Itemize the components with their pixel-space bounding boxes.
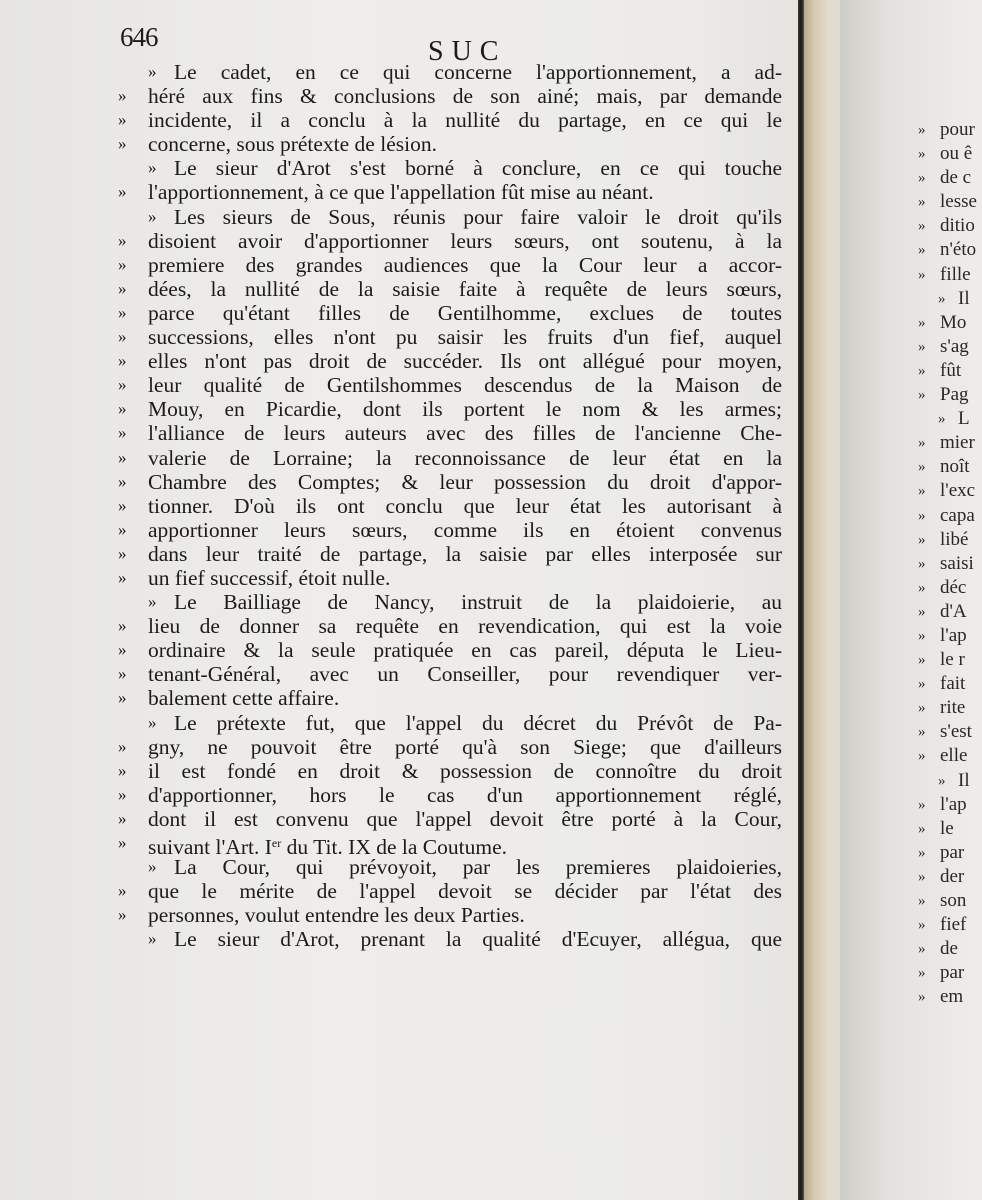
text-line: »l'ap <box>918 793 982 817</box>
quote-mark: » <box>918 913 926 937</box>
quote-mark: » <box>118 373 127 397</box>
text-line: »balement cette affaire. <box>118 686 782 710</box>
text-line: »elle <box>918 744 982 768</box>
line-text: incidente, il a conclu à la nullité du p… <box>148 108 782 132</box>
text-line: »l'apportionnement, à ce que l'appellati… <box>118 180 782 204</box>
line-text: ordinaire & la seule pratiquée en cas pa… <box>148 638 782 662</box>
facing-page-text: »pour»ou ê»de c»lesse»ditio»n'éto»fille»… <box>918 118 982 1009</box>
line-text: s'ag <box>940 336 969 357</box>
line-text: fait <box>940 673 965 694</box>
line-text: dont il est convenu que l'appel devoit ê… <box>148 807 782 831</box>
text-line: »lesse <box>918 190 982 214</box>
line-text: Il <box>958 770 970 791</box>
text-line: »incidente, il a conclu à la nullité du … <box>118 108 782 132</box>
line-text: lieu de donner sa requête en revendicati… <box>148 614 782 638</box>
text-line: »capa <box>918 504 982 528</box>
quote-mark: » <box>118 132 127 156</box>
line-text: n'éto <box>940 239 976 260</box>
line-text: Mouy, en Picardie, dont ils portent le n… <box>148 397 782 421</box>
line-text: elle <box>940 745 967 766</box>
quote-mark: » <box>118 253 127 277</box>
text-line: »le r <box>918 648 982 672</box>
text-line: »suivant l'Art. Ier du Tit. IX de la Cou… <box>118 831 782 855</box>
line-text: de <box>940 938 958 959</box>
line-text: le <box>940 818 954 839</box>
text-line: »Le sieur d'Arot, prenant la qualité d'E… <box>118 927 782 951</box>
line-text: ou ê <box>940 143 972 164</box>
text-line: »d'A <box>918 600 982 624</box>
quote-mark: » <box>918 961 926 985</box>
text-line: »n'éto <box>918 238 982 262</box>
text-line: »ditio <box>918 214 982 238</box>
quote-mark: » <box>118 446 127 470</box>
text-line: »der <box>918 865 982 889</box>
quote-mark: » <box>918 696 926 720</box>
text-line: »disoient avoir d'apportionner leurs sœu… <box>118 229 782 253</box>
line-text: premiere des grandes audiences que la Co… <box>148 253 782 277</box>
quote-mark: » <box>918 744 926 768</box>
text-line: »L <box>918 407 982 431</box>
text-line: »Chambre des Comptes; & leur possession … <box>118 470 782 494</box>
line-text: fût <box>940 360 961 381</box>
text-line: »saisi <box>918 552 982 576</box>
text-line: »ordinaire & la seule pratiquée en cas p… <box>118 638 782 662</box>
quote-mark: » <box>118 735 127 759</box>
line-text: em <box>940 986 963 1007</box>
quote-mark: » <box>918 600 926 624</box>
line-text: le r <box>940 649 965 670</box>
line-text: il est fondé en droit & possession de co… <box>148 759 782 783</box>
quote-mark: » <box>918 383 926 407</box>
text-line: »il est fondé en droit & possession de c… <box>118 759 782 783</box>
quote-mark: » <box>118 397 127 421</box>
line-text: déc <box>940 577 966 598</box>
line-text: dées, la nullité de la saisie faite à re… <box>148 277 782 301</box>
text-line: »tionner. D'où ils ont conclu que leur é… <box>118 494 782 518</box>
quote-mark: » <box>118 349 127 373</box>
text-line: »elles n'ont pas droit de succéder. Ils … <box>118 349 782 373</box>
line-text: saisi <box>940 553 974 574</box>
quote-mark: » <box>148 590 157 614</box>
text-line: »em <box>918 985 982 1009</box>
line-text: l'alliance de leurs auteurs avec des fil… <box>148 421 782 445</box>
text-line: »l'exc <box>918 479 982 503</box>
quote-mark: » <box>918 335 926 359</box>
text-line: »successions, elles n'ont pu saisir les … <box>118 325 782 349</box>
line-text: valerie de Lorraine; la reconnoissance d… <box>148 446 782 470</box>
text-line: »l'ap <box>918 624 982 648</box>
line-text: par <box>940 962 964 983</box>
line-text: Le prétexte fut, que l'appel du décret d… <box>174 711 782 735</box>
text-line: »héré aux fins & conclusions de son ainé… <box>118 84 782 108</box>
text-line: »personnes, voulut entendre les deux Par… <box>118 903 782 927</box>
line-text: parce qu'étant filles de Gentilhomme, ex… <box>148 301 782 325</box>
quote-mark: » <box>918 118 926 142</box>
line-text: successions, elles n'ont pu saisir les f… <box>148 325 782 349</box>
quote-mark: » <box>918 214 926 238</box>
line-text: l'apportionnement, à ce que l'appellatio… <box>148 180 654 204</box>
line-text: balement cette affaire. <box>148 686 339 710</box>
line-text: apportionner leurs sœurs, comme ils en é… <box>148 518 782 542</box>
quote-mark: » <box>938 769 946 793</box>
quote-mark: » <box>148 60 157 84</box>
line-text: Le Bailliage de Nancy, instruit de la pl… <box>174 590 782 614</box>
left-page: 646 SUC »Le cadet, en ce qui concerne l'… <box>0 0 800 1200</box>
text-line: »fût <box>918 359 982 383</box>
text-line: »mier <box>918 431 982 455</box>
text-line: »lieu de donner sa requête en revendicat… <box>118 614 782 638</box>
text-line: »premiere des grandes audiences que la C… <box>118 253 782 277</box>
text-line: »pour <box>918 118 982 142</box>
text-line: »valerie de Lorraine; la reconnoissance … <box>118 446 782 470</box>
quote-mark: » <box>148 156 157 180</box>
quote-mark: » <box>118 638 127 662</box>
text-line: »ou ê <box>918 142 982 166</box>
quote-mark: » <box>918 263 926 287</box>
line-text: Le sieur d'Arot s'est borné à conclure, … <box>174 156 782 180</box>
quote-mark: » <box>118 180 127 204</box>
line-text: concerne, sous prétexte de lésion. <box>148 132 437 156</box>
line-text: s'est <box>940 721 972 742</box>
line-text: pour <box>940 119 975 140</box>
quote-mark: » <box>918 166 926 190</box>
quote-mark: » <box>118 108 127 132</box>
line-text: Mo <box>940 312 966 333</box>
line-text: Le cadet, en ce qui concerne l'apportion… <box>174 60 782 84</box>
quote-mark: » <box>118 783 127 807</box>
quote-mark: » <box>118 807 127 831</box>
quote-mark: » <box>918 142 926 166</box>
quote-mark: » <box>148 205 157 229</box>
quote-mark: » <box>918 624 926 648</box>
quote-mark: » <box>118 277 127 301</box>
quote-mark: » <box>118 831 127 855</box>
line-text: personnes, voulut entendre les deux Part… <box>148 903 525 927</box>
line-text: fief <box>940 914 966 935</box>
quote-mark: » <box>918 985 926 1009</box>
text-line: »un fief successif, étoit nulle. <box>118 566 782 590</box>
quote-mark: » <box>918 190 926 214</box>
quote-mark: » <box>918 528 926 552</box>
text-line: »Le prétexte fut, que l'appel du décret … <box>118 711 782 735</box>
quote-mark: » <box>918 455 926 479</box>
line-text: dans leur traité de partage, la saisie p… <box>148 542 782 566</box>
text-line: »d'apportionner, hors le cas d'un apport… <box>118 783 782 807</box>
quote-mark: » <box>118 759 127 783</box>
text-line: »concerne, sous prétexte de lésion. <box>118 132 782 156</box>
text-line: »Le cadet, en ce qui concerne l'apportio… <box>118 60 782 84</box>
quote-mark: » <box>118 542 127 566</box>
line-text: l'exc <box>940 480 975 501</box>
quote-mark: » <box>918 817 926 841</box>
quote-mark: » <box>918 793 926 817</box>
text-line: »l'alliance de leurs auteurs avec des fi… <box>118 421 782 445</box>
text-line: »s'ag <box>918 335 982 359</box>
quote-mark: » <box>148 855 157 879</box>
text-line: »fief <box>918 913 982 937</box>
quote-mark: » <box>118 421 127 445</box>
quote-mark: » <box>918 889 926 913</box>
line-text: elles n'ont pas droit de succéder. Ils o… <box>148 349 782 373</box>
line-text: d'apportionner, hors le cas d'un apporti… <box>148 783 782 807</box>
quote-mark: » <box>918 504 926 528</box>
line-text: der <box>940 866 964 887</box>
text-line: »Mouy, en Picardie, dont ils portent le … <box>118 397 782 421</box>
quote-mark: » <box>918 431 926 455</box>
text-line: »Les sieurs de Sous, réunis pour faire v… <box>118 205 782 229</box>
text-line: »son <box>918 889 982 913</box>
quote-mark: » <box>118 229 127 253</box>
line-text: tionner. D'où ils ont conclu que leur ét… <box>148 494 782 518</box>
page-number: 646 <box>120 22 158 53</box>
text-line: »fille <box>918 263 982 287</box>
line-text: disoient avoir d'apportionner leurs sœur… <box>148 229 782 253</box>
quote-mark: » <box>118 494 127 518</box>
quote-mark: » <box>148 711 157 735</box>
text-line: »fait <box>918 672 982 696</box>
quote-mark: » <box>118 614 127 638</box>
line-text: un fief successif, étoit nulle. <box>148 566 390 590</box>
line-text: Le sieur d'Arot, prenant la qualité d'Ec… <box>174 927 782 951</box>
quote-mark: » <box>918 648 926 672</box>
quote-mark: » <box>938 287 946 311</box>
line-text: mier <box>940 432 975 453</box>
quote-mark: » <box>118 566 127 590</box>
line-text: capa <box>940 505 975 526</box>
text-line: »libé <box>918 528 982 552</box>
line-text: rite <box>940 697 965 718</box>
text-line: »s'est <box>918 720 982 744</box>
quote-mark: » <box>918 479 926 503</box>
quote-mark: » <box>148 927 157 951</box>
text-line: »La Cour, qui prévoyoit, par les premier… <box>118 855 782 879</box>
quote-mark: » <box>118 686 127 710</box>
line-text: par <box>940 842 964 863</box>
text-line: »gny, ne pouvoit être porté qu'à son Sie… <box>118 735 782 759</box>
quote-mark: » <box>918 841 926 865</box>
quote-mark: » <box>118 518 127 542</box>
line-text: Il <box>958 288 970 309</box>
line-text: que le mérite de l'appel devoit se décid… <box>148 879 782 903</box>
text-line: »Le Bailliage de Nancy, instruit de la p… <box>118 590 782 614</box>
text-line: »que le mérite de l'appel devoit se déci… <box>118 879 782 903</box>
line-text: La Cour, qui prévoyoit, par les premiere… <box>174 855 782 879</box>
body-text: »Le cadet, en ce qui concerne l'apportio… <box>118 60 782 951</box>
quote-mark: » <box>118 662 127 686</box>
quote-mark: » <box>918 672 926 696</box>
text-line: »déc <box>918 576 982 600</box>
text-line: »tenant-Général, avec un Conseiller, pou… <box>118 662 782 686</box>
text-line: »par <box>918 961 982 985</box>
quote-mark: » <box>118 325 127 349</box>
line-text: noît <box>940 456 970 477</box>
line-text: son <box>940 890 966 911</box>
text-line: »par <box>918 841 982 865</box>
quote-mark: » <box>918 865 926 889</box>
line-text: lesse <box>940 191 977 212</box>
text-line: »dans leur traité de partage, la saisie … <box>118 542 782 566</box>
text-line: »Il <box>918 287 982 311</box>
text-line: »dont il est convenu que l'appel devoit … <box>118 807 782 831</box>
text-line: »dées, la nullité de la saisie faite à r… <box>118 277 782 301</box>
book-gutter <box>804 0 840 1200</box>
line-text: héré aux fins & conclusions de son ainé;… <box>148 84 782 108</box>
text-line: »Il <box>918 769 982 793</box>
quote-mark: » <box>918 937 926 961</box>
quote-mark: » <box>918 359 926 383</box>
text-line: »leur qualité de Gentilshommes descendus… <box>118 373 782 397</box>
line-text: ditio <box>940 215 975 236</box>
text-line: »Mo <box>918 311 982 335</box>
quote-mark: » <box>118 879 127 903</box>
line-text: d'A <box>940 601 967 622</box>
line-text: l'ap <box>940 794 967 815</box>
text-line: »parce qu'étant filles de Gentilhomme, e… <box>118 301 782 325</box>
text-line: »le <box>918 817 982 841</box>
text-line: »de <box>918 937 982 961</box>
text-line: »rite <box>918 696 982 720</box>
quote-mark: » <box>118 470 127 494</box>
line-text: libé <box>940 529 969 550</box>
line-text: l'ap <box>940 625 967 646</box>
line-text: Pag <box>940 384 969 405</box>
line-text: leur qualité de Gentilshommes descendus … <box>148 373 782 397</box>
line-text: de c <box>940 167 971 188</box>
text-line: »de c <box>918 166 982 190</box>
line-text: L <box>958 408 970 429</box>
quote-mark: » <box>118 84 127 108</box>
line-text: Chambre des Comptes; & leur possession d… <box>148 470 782 494</box>
quote-mark: » <box>918 576 926 600</box>
quote-mark: » <box>918 311 926 335</box>
quote-mark: » <box>118 903 127 927</box>
text-line: »Le sieur d'Arot s'est borné à conclure,… <box>118 156 782 180</box>
text-line: »noît <box>918 455 982 479</box>
quote-mark: » <box>118 301 127 325</box>
text-line: »Pag <box>918 383 982 407</box>
line-text: fille <box>940 264 971 285</box>
text-line: »apportionner leurs sœurs, comme ils en … <box>118 518 782 542</box>
quote-mark: » <box>918 720 926 744</box>
line-text: Les sieurs de Sous, réunis pour faire va… <box>174 205 782 229</box>
quote-mark: » <box>938 407 946 431</box>
line-text: gny, ne pouvoit être porté qu'à son Sieg… <box>148 735 782 759</box>
line-text: tenant-Général, avec un Conseiller, pour… <box>148 662 782 686</box>
quote-mark: » <box>918 238 926 262</box>
quote-mark: » <box>918 552 926 576</box>
